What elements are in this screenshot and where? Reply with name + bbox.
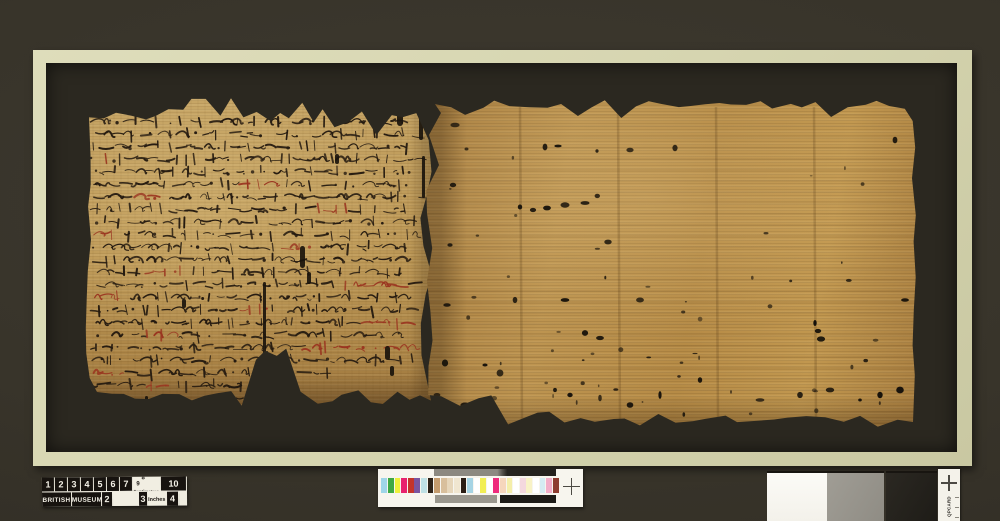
cm-cell: 10 bbox=[161, 476, 187, 490]
color-patch bbox=[401, 478, 407, 493]
color-patch bbox=[540, 478, 546, 493]
inch-segment: BRITISH bbox=[42, 492, 72, 506]
grayscale-white-patch bbox=[767, 473, 827, 521]
papyrus-blank-section bbox=[425, 95, 918, 433]
cm-cell: 2 bbox=[55, 477, 68, 491]
tick-mark bbox=[955, 497, 959, 498]
inch-segment: 4 bbox=[167, 492, 179, 506]
inch-segment: Inches bbox=[148, 492, 167, 506]
cm-cell: 3 bbox=[68, 477, 81, 491]
color-patch bbox=[480, 478, 486, 493]
color-patch bbox=[381, 478, 387, 493]
cm-cell: 5 bbox=[94, 477, 107, 491]
color-patch bbox=[447, 478, 453, 493]
color-patch bbox=[553, 478, 559, 493]
color-patch bbox=[487, 478, 493, 493]
color-patch bbox=[454, 478, 460, 493]
color-patch bbox=[434, 478, 440, 493]
color-patch bbox=[507, 478, 513, 493]
inch-row: BRITISHMUSEUM23Inches4 bbox=[42, 490, 187, 506]
cm-cell: 7 bbox=[120, 477, 133, 491]
color-calibration-card bbox=[378, 469, 583, 507]
registration-cross-icon bbox=[563, 478, 580, 495]
inch-segment: 3 bbox=[139, 492, 148, 506]
inch-segment: 2 bbox=[102, 492, 113, 506]
color-patch bbox=[513, 478, 519, 493]
color-patch bbox=[474, 478, 480, 493]
black-bar bbox=[500, 495, 556, 503]
photograph: 12345678 9Centimetres10 BRITISHMUSEUM23I… bbox=[0, 0, 1000, 521]
color-patch bbox=[520, 478, 526, 493]
inch-segment: MUSEUM bbox=[72, 492, 102, 506]
cm-label-cell: 8 9Centimetres bbox=[133, 477, 161, 491]
inch-segment bbox=[113, 492, 139, 506]
color-patch bbox=[533, 478, 539, 493]
cm-cell: 4 bbox=[81, 477, 94, 491]
gray-bar bbox=[434, 469, 556, 476]
qpcard-strip: QPCARD bbox=[938, 469, 960, 521]
grayscale-black-patch bbox=[886, 473, 937, 521]
color-patch bbox=[414, 478, 420, 493]
tick-mark bbox=[955, 507, 959, 508]
color-patch bbox=[421, 478, 427, 493]
cm-cell: 6 bbox=[107, 477, 120, 491]
color-patch bbox=[461, 478, 467, 493]
color-patch bbox=[493, 478, 499, 493]
color-patch bbox=[546, 478, 552, 493]
gray-bar bbox=[435, 495, 497, 503]
color-patch bbox=[526, 478, 532, 493]
color-patch bbox=[395, 478, 401, 493]
cm-cell: 1 bbox=[42, 477, 55, 491]
color-patch bbox=[408, 478, 414, 493]
british-museum-scale-bar: 12345678 9Centimetres10 BRITISHMUSEUM23I… bbox=[42, 476, 187, 506]
color-patch-row bbox=[381, 478, 559, 493]
qpcard-label: QPCARD bbox=[947, 496, 952, 517]
ink-spots-layer bbox=[425, 95, 918, 433]
color-patch bbox=[467, 478, 473, 493]
color-patch bbox=[388, 478, 394, 493]
registration-cross-icon bbox=[941, 475, 957, 491]
grayscale-gray-patch bbox=[827, 473, 884, 521]
color-patch bbox=[428, 478, 434, 493]
color-patch bbox=[441, 478, 447, 493]
tick-mark bbox=[955, 517, 959, 518]
centimetre-row: 12345678 9Centimetres10 bbox=[42, 476, 187, 491]
color-patch bbox=[500, 478, 506, 493]
